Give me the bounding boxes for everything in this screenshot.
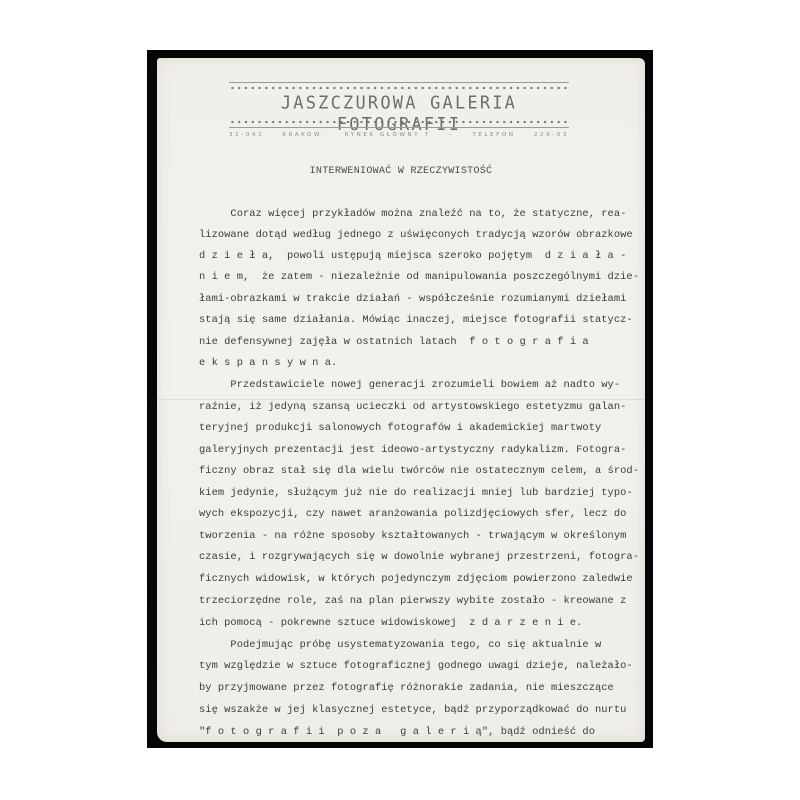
letterhead-bottom-dots — [229, 119, 569, 125]
body-line: teryjnej produkcji salonowych fotografów… — [199, 422, 601, 434]
body-line: ficzny obraz stał się dla wielu twórców … — [199, 465, 639, 477]
body-line: wych ekspozycji, czy nawet aranżowania p… — [199, 508, 626, 520]
body-line: by przyjmowane przez fotografię różnorak… — [199, 682, 614, 694]
address-phone-number: 229-03 — [534, 132, 569, 138]
address-dash: – — [449, 132, 454, 138]
body-line: ich pomocą - pokrewne sztuce widowiskowe… — [199, 617, 582, 629]
body-line: się wszakże w jej klasycznej estetyce, b… — [199, 704, 626, 716]
body-line: czasie, i rozgrywających się w dowolnie … — [199, 551, 639, 563]
body-line: tym względzie w sztuce fotograficznej go… — [199, 660, 633, 672]
letterhead-top-rule — [229, 82, 569, 83]
body-line: "f o t o g r a f i i p o z a g a l e r i… — [199, 726, 595, 738]
document-page: JASZCZUROWA GALERIA FOTOGRAFII 31-042 KR… — [157, 58, 645, 742]
body-line: Przedstawiciele nowej generacji zrozumie… — [199, 379, 620, 391]
body-line: stają się same działania. Mówiąc inaczej… — [199, 314, 633, 326]
letterhead-top-dots — [229, 85, 569, 91]
body-line: trzeciorzędne role, zaś na plan pierwszy… — [199, 595, 626, 607]
body-line: ficznych widowisk, w których pojedynczym… — [199, 573, 633, 585]
body-line: Podejmując próbę usystematyzowania tego,… — [199, 639, 601, 651]
body-line: łami-obrazkami w trakcie działań - współ… — [199, 293, 626, 305]
address-street: RYNEK GŁÓWNY 7 — [345, 132, 431, 138]
body-line: tworzenia - na różne sposoby kształtowan… — [199, 530, 626, 542]
address-phone-label: TELEFON — [472, 132, 515, 138]
address-city: KRAKÓW, — [282, 132, 326, 138]
body-line: e k s p a n s y w n a. — [199, 357, 337, 369]
document-title: INTERWENIOWAĆ W RZECZYWISTOŚĆ — [157, 166, 645, 177]
body-line: n i e m, że zatem - niezależnie od manip… — [199, 271, 639, 283]
body-line: galeryjnych prezentacji jest ideowo-arty… — [199, 444, 626, 456]
body-line: d z i e ł a, powoli ustępują miejsca sze… — [199, 250, 626, 262]
gallery-name: JASZCZUROWA GALERIA FOTOGRAFII — [229, 93, 569, 135]
letterhead-address: 31-042 KRAKÓW, RYNEK GŁÓWNY 7 – TELEFON … — [229, 132, 569, 138]
body-line: kiem jedynie, służącym już nie do realiz… — [199, 487, 633, 499]
address-postcode: 31-042 — [229, 132, 264, 138]
body-line: Coraz więcej przykładów można znaleźć na… — [199, 208, 626, 220]
body-line: nie defensywnej zajęła w ostatnich latac… — [199, 336, 589, 348]
body-line: lizowane dotąd według jednego z uświęcon… — [199, 229, 633, 241]
body-line: raźnie, iż jedyną szansą ucieczki od art… — [199, 401, 626, 413]
letterhead-bottom-rule — [229, 127, 569, 128]
